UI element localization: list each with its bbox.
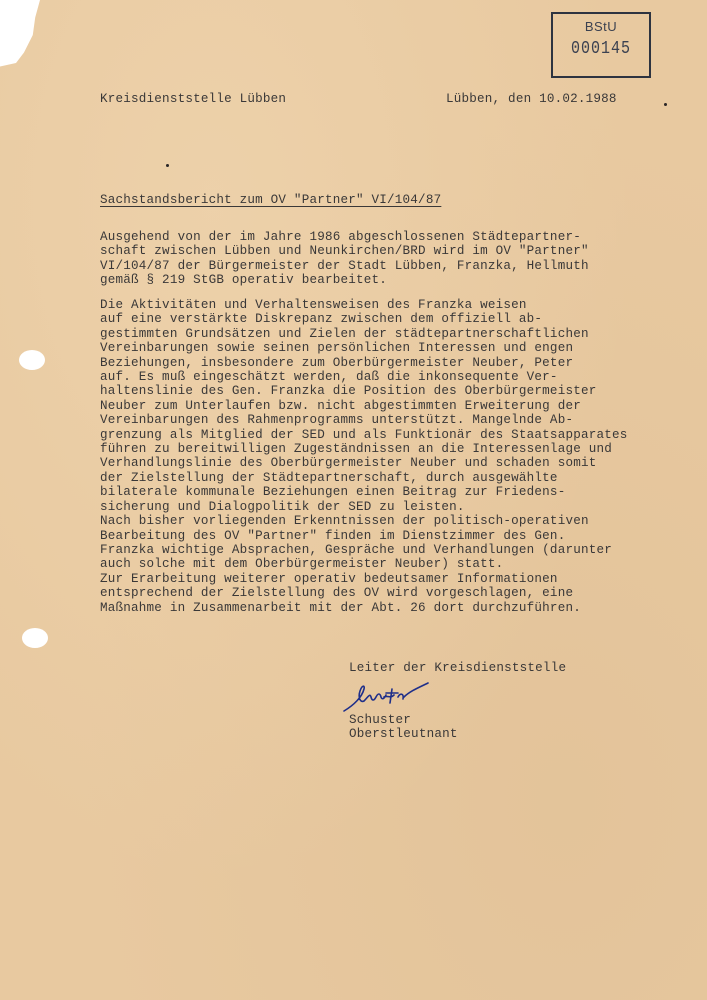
- body-paragraph-2: Die Aktivitäten und Verhaltensweisen des…: [100, 298, 628, 615]
- punch-hole-lower: [22, 628, 48, 648]
- punch-hole-upper: [19, 350, 45, 370]
- stamp-number: 000145: [553, 38, 649, 59]
- document-page: BStU 000145 Kreisdienststelle Lübben Lüb…: [0, 0, 707, 1000]
- signatory-rank: Oberstleutnant: [349, 727, 458, 741]
- archive-stamp: BStU 000145: [551, 12, 651, 78]
- signatory-name: Schuster: [349, 713, 411, 727]
- report-subject: Sachstandsbericht zum OV "Partner" VI/10…: [100, 193, 441, 207]
- stamp-label: BStU: [553, 19, 649, 34]
- place-and-date: Lübben, den 10.02.1988: [446, 92, 617, 106]
- ink-dot-mark: [166, 164, 169, 167]
- issuing-office: Kreisdienststelle Lübben: [100, 92, 286, 106]
- signatory-name-and-rank: Schuster Oberstleutnant: [349, 713, 458, 742]
- ink-dot-mark: [664, 103, 667, 106]
- torn-paper-corner: [0, 0, 40, 70]
- signatory-title: Leiter der Kreisdienststelle: [349, 661, 566, 675]
- handwritten-signature-icon: [340, 675, 430, 715]
- body-paragraph-1: Ausgehend von der im Jahre 1986 abgeschl…: [100, 230, 589, 288]
